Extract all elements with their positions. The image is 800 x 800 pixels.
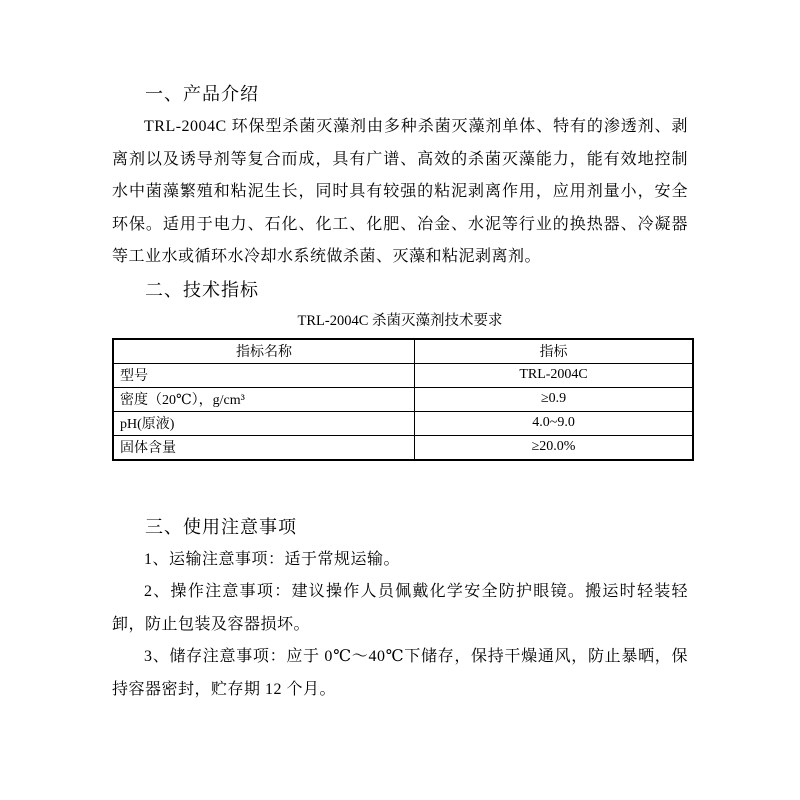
section2-heading: 二、技术指标 xyxy=(112,274,688,307)
spec-name-solid-content: 固体含量 xyxy=(113,435,415,460)
spec-value-density: ≥0.9 xyxy=(415,387,693,411)
spec-name-density: 密度（20℃），g/cm³ xyxy=(113,387,415,411)
spec-value-solid-content: ≥20.0% xyxy=(415,435,693,460)
spec-value-ph: 4.0~9.0 xyxy=(415,411,693,435)
table-row: 固体含量 ≥20.0% xyxy=(113,435,693,460)
spec-table: 指标名称 指标 型号 TRL-2004C 密度（20℃），g/cm³ ≥0.9 … xyxy=(112,338,694,461)
document-page: 一、产品介绍 TRL-2004C 环保型杀菌灭藻剂由多种杀菌灭藻剂单体、特有的渗… xyxy=(0,0,800,800)
table-header-indicator-name: 指标名称 xyxy=(113,339,415,364)
note-item-operation: 2、操作注意事项：建议操作人员佩戴化学安全防护眼镜。搬运时轻装轻卸，防止包装及容… xyxy=(112,576,688,641)
spec-name-model: 型号 xyxy=(113,363,415,387)
table-row: 型号 TRL-2004C xyxy=(113,363,693,387)
section3-heading: 三、使用注意事项 xyxy=(112,511,688,544)
table-header-row: 指标名称 指标 xyxy=(113,339,693,364)
spec-value-model: TRL-2004C xyxy=(415,363,693,387)
spec-name-ph: pH(原液) xyxy=(113,411,415,435)
table-header-indicator-value: 指标 xyxy=(415,339,693,364)
table-row: 密度（20℃），g/cm³ ≥0.9 xyxy=(113,387,693,411)
note-item-storage: 3、储存注意事项：应于 0℃～40℃下储存，保持干燥通风，防止暴晒，保持容器密封… xyxy=(112,641,688,706)
section1-heading: 一、产品介绍 xyxy=(112,78,688,111)
table-caption: TRL-2004C 杀菌灭藻剂技术要求 xyxy=(112,310,688,332)
table-row: pH(原液) 4.0~9.0 xyxy=(113,411,693,435)
section1-paragraph: TRL-2004C 环保型杀菌灭藻剂由多种杀菌灭藻剂单体、特有的渗透剂、剥离剂以… xyxy=(112,111,688,274)
note-item-transport: 1、运输注意事项：适于常规运输。 xyxy=(112,544,688,577)
